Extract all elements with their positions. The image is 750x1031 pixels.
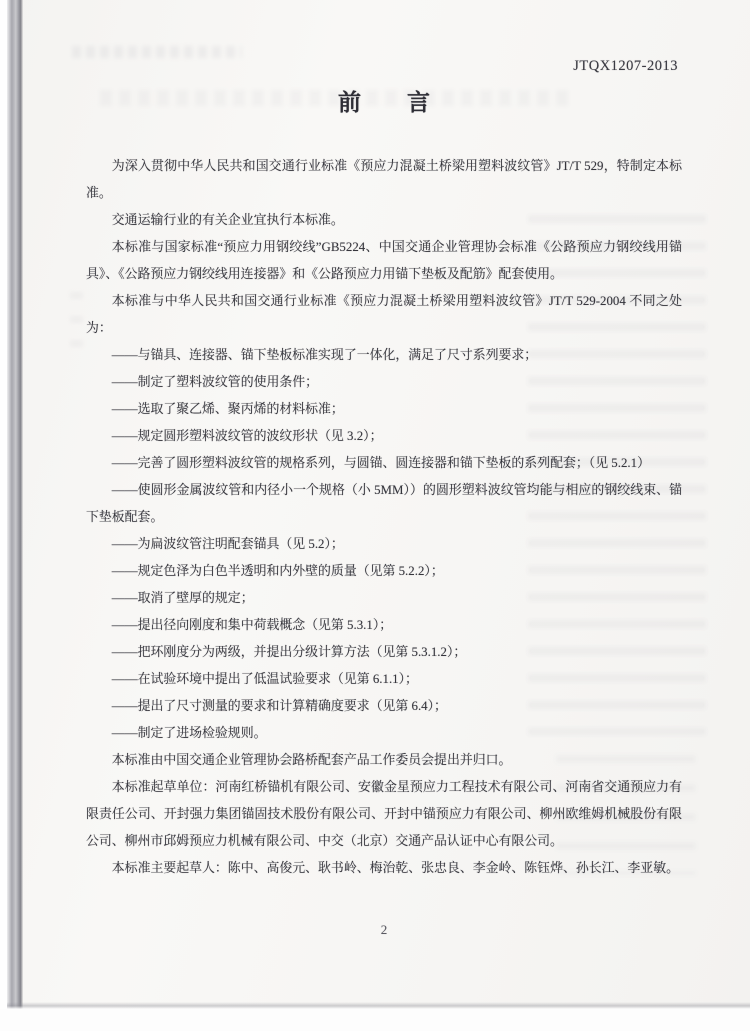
paragraph: 交通运输行业的有关企业宜执行本标准。 (86, 207, 682, 234)
paragraph: 本标准与中华人民共和国交通行业标准《预应力混凝土桥梁用塑料波纹管》JT/T 52… (86, 288, 682, 342)
scanned-document: { "page": { "doc_number": "JTQX1207-2013… (0, 0, 750, 1031)
paragraph: 本标准起草单位：河南红桥锚机有限公司、安徽金星预应力工程技术有限公司、河南省交通… (86, 774, 682, 855)
bleedthrough-artifact (72, 46, 242, 58)
change-list-item: ——规定色泽为白色半透明和内外壁的质量（见第 5.2.2）； (86, 558, 682, 585)
document-number: JTQX1207-2013 (573, 58, 678, 75)
paragraph: 本标准由中国交通企业管理协会路桥配套产品工作委员会提出并归口。 (86, 747, 682, 774)
change-list-item: ——规定圆形塑料波纹管的波纹形状（见 3.2）； (86, 423, 682, 450)
document-body: 为深入贯彻中华人民共和国交通行业标准《预应力混凝土桥梁用塑料波纹管》JT/T 5… (86, 153, 682, 882)
change-list-item: ——在试验环境中提出了低温试验要求（见第 6.1.1）； (86, 666, 682, 693)
paragraph: 本标准主要起草人：陈中、高俊元、耿书岭、梅治乾、张忠良、李金岭、陈钰烨、孙长江、… (86, 855, 682, 882)
change-list-item: ——使圆形金属波纹管和内径小一个规格（小 5MM））的圆形塑料波纹管均能与相应的… (86, 477, 682, 531)
page-number: 2 (86, 922, 682, 938)
change-list-item: ——制定了进场检验规则。 (86, 720, 682, 747)
paragraph: 为深入贯彻中华人民共和国交通行业标准《预应力混凝土桥梁用塑料波纹管》JT/T 5… (86, 153, 682, 207)
page-bottom-edge (7, 1002, 750, 1009)
scan-left-margin (0, 0, 7, 1031)
change-list-item: ——制定了塑料波纹管的使用条件； (86, 369, 682, 396)
page-gutter-edge (7, 0, 23, 1010)
page-title: 前 言 (86, 84, 682, 117)
scan-bottom-margin (0, 1009, 750, 1031)
change-list-item: ——提出了尺寸测量的要求和计算精确度要求（见第 6.4）； (86, 693, 682, 720)
change-list-item: ——与锚具、连接器、锚下垫板标准实现了一体化，满足了尺寸系列要求； (86, 342, 682, 369)
change-list-item: ——选取了聚乙烯、聚丙烯的材料标准； (86, 396, 682, 423)
change-list-item: ——提出径向刚度和集中荷载概念（见第 5.3.1）； (86, 612, 682, 639)
paragraph: 本标准与国家标准“预应力用钢绞线”GB5224、中国交通企业管理协会标准《公路预… (86, 234, 682, 288)
change-list-item: ——为扁波纹管注明配套锚具（见 5.2）； (86, 531, 682, 558)
change-list-item: ——把环刚度分为两级，并提出分级计算方法（见第 5.3.1.2）； (86, 639, 682, 666)
change-list-item: ——取消了壁厚的规定； (86, 585, 682, 612)
bleedthrough-artifact (70, 292, 83, 356)
change-list-item: ——完善了圆形塑料波纹管的规格系列，与圆锚、圆连接器和锚下垫板的系列配套；（见 … (86, 450, 682, 477)
